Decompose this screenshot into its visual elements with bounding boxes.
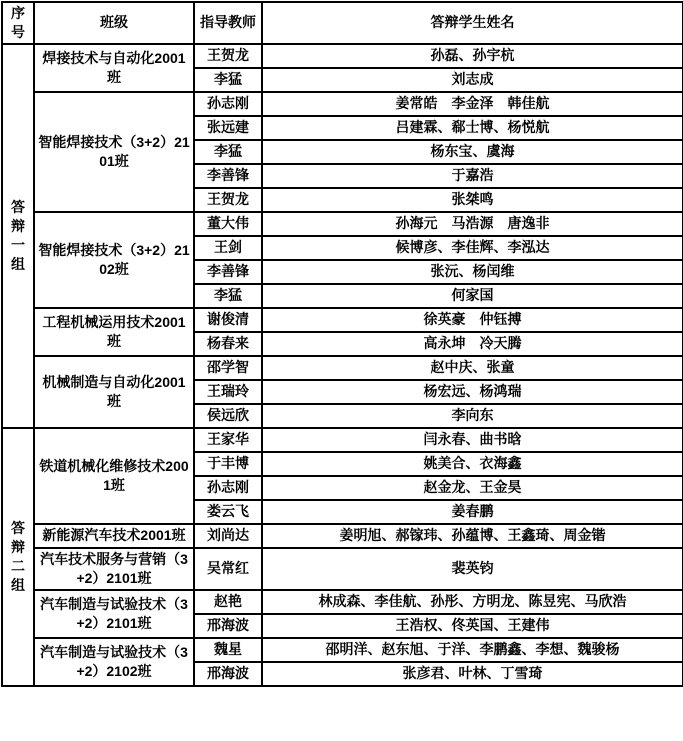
teacher-cell: 谢俊清 [194,308,262,332]
teacher-cell: 娄云飞 [194,500,262,524]
students-cell: 李向东 [262,404,683,428]
table-row: 新能源汽车技术2001班 刘尚达 姜明旭、郝镓玮、孙蕴博、王鑫琦、周金锴 [2,524,683,548]
students-cell: 赵中庆、张童 [262,356,683,380]
teacher-cell: 李善锋 [194,164,262,188]
students-cell: 邵明洋、赵东旭、于洋、李鹏鑫、李想、魏骏杨 [262,638,683,662]
teacher-cell: 吴常红 [194,548,262,590]
students-cell: 裴英钧 [262,548,683,590]
page: 序号 班级 指导教师 答辩学生姓名 答辩一组 焊接技术与自动化2001班 王贺龙… [0,0,683,741]
teacher-cell: 孙志刚 [194,92,262,116]
table-row: 工程机械运用技术2001班 谢俊清 徐英豪 仲钰搏 [2,308,683,332]
teacher-cell: 侯远欣 [194,404,262,428]
teacher-cell: 赵艳 [194,590,262,614]
students-cell: 张沅、杨闰维 [262,260,683,284]
group-label-1: 答辩一组 [2,44,34,428]
class-cell: 汽车制造与试验技术（3+2）2101班 [34,590,194,638]
table-header-row: 序号 班级 指导教师 答辩学生姓名 [2,2,683,44]
teacher-cell: 王家华 [194,428,262,452]
col-header-teacher: 指导教师 [194,2,262,44]
teacher-cell: 魏星 [194,638,262,662]
table-row: 智能焊接技术（3+2）2102班 董大伟 孙海元 马浩源 唐逸非 [2,212,683,236]
students-cell: 孙海元 马浩源 唐逸非 [262,212,683,236]
students-cell: 候博彦、李佳辉、李泓达 [262,236,683,260]
teacher-cell: 王贺龙 [194,188,262,212]
table-row: 智能焊接技术（3+2）2101班 孙志刚 姜常皓 李金泽 韩佳航 [2,92,683,116]
col-header-students: 答辩学生姓名 [262,2,683,44]
students-cell: 姜春鹏 [262,500,683,524]
class-cell: 铁道机械化维修技术2001班 [34,428,194,524]
teacher-cell: 李猛 [194,284,262,308]
students-cell: 姜常皓 李金泽 韩佳航 [262,92,683,116]
students-cell: 张桀鸣 [262,188,683,212]
class-cell: 机械制造与自动化2001班 [34,356,194,428]
students-cell: 吕建霖、郗士博、杨悦航 [262,116,683,140]
students-cell: 姜明旭、郝镓玮、孙蕴博、王鑫琦、周金锴 [262,524,683,548]
students-cell: 于嘉浩 [262,164,683,188]
teacher-cell: 董大伟 [194,212,262,236]
teacher-cell: 于丰博 [194,452,262,476]
teacher-cell: 杨春来 [194,332,262,356]
students-cell: 高永坤 冷天腾 [262,332,683,356]
students-cell: 王浩权、佟英国、王建伟 [262,614,683,638]
teacher-cell: 李猛 [194,68,262,92]
teacher-cell: 邵学智 [194,356,262,380]
students-cell: 刘志成 [262,68,683,92]
table-row: 答辩一组 焊接技术与自动化2001班 王贺龙 孙磊、孙宇杭 [2,44,683,68]
students-cell: 杨宏远、杨鸿瑞 [262,380,683,404]
students-cell: 闫永春、曲书晗 [262,428,683,452]
class-cell: 汽车技术服务与营销（3+2）2101班 [34,548,194,590]
table-row: 答辩二组 铁道机械化维修技术2001班 王家华 闫永春、曲书晗 [2,428,683,452]
teacher-cell: 王瑞玲 [194,380,262,404]
teacher-cell: 王贺龙 [194,44,262,68]
group-label-2: 答辩二组 [2,428,34,686]
students-cell: 姚美合、衣海鑫 [262,452,683,476]
students-cell: 孙磊、孙宇杭 [262,44,683,68]
class-cell: 智能焊接技术（3+2）2102班 [34,212,194,308]
students-cell: 何家国 [262,284,683,308]
class-cell: 焊接技术与自动化2001班 [34,44,194,92]
col-header-no: 序号 [2,2,34,44]
class-cell: 汽车制造与试验技术（3+2）2102班 [34,638,194,686]
students-cell: 张彦君、叶林、丁雪琦 [262,662,683,686]
teacher-cell: 张远建 [194,116,262,140]
table-row: 汽车制造与试验技术（3+2）2102班 魏星 邵明洋、赵东旭、于洋、李鹏鑫、李想… [2,638,683,662]
class-cell: 智能焊接技术（3+2）2101班 [34,92,194,212]
students-cell: 徐英豪 仲钰搏 [262,308,683,332]
table-row: 汽车制造与试验技术（3+2）2101班 赵艳 林成森、李佳航、孙彤、方明龙、陈昱… [2,590,683,614]
col-header-class: 班级 [34,2,194,44]
table-row: 汽车技术服务与营销（3+2）2101班 吴常红 裴英钧 [2,548,683,590]
teacher-cell: 邢海波 [194,662,262,686]
students-cell: 林成森、李佳航、孙彤、方明龙、陈昱宪、马欣浩 [262,590,683,614]
teacher-cell: 李猛 [194,140,262,164]
teacher-cell: 刘尚达 [194,524,262,548]
teacher-cell: 邢海波 [194,614,262,638]
students-cell: 杨东宝、虞海 [262,140,683,164]
defense-schedule-table: 序号 班级 指导教师 答辩学生姓名 答辩一组 焊接技术与自动化2001班 王贺龙… [1,1,683,687]
students-cell: 赵金龙、王金昊 [262,476,683,500]
table-row: 机械制造与自动化2001班 邵学智 赵中庆、张童 [2,356,683,380]
teacher-cell: 李善锋 [194,260,262,284]
teacher-cell: 孙志刚 [194,476,262,500]
class-cell: 工程机械运用技术2001班 [34,308,194,356]
class-cell: 新能源汽车技术2001班 [34,524,194,548]
teacher-cell: 王剑 [194,236,262,260]
